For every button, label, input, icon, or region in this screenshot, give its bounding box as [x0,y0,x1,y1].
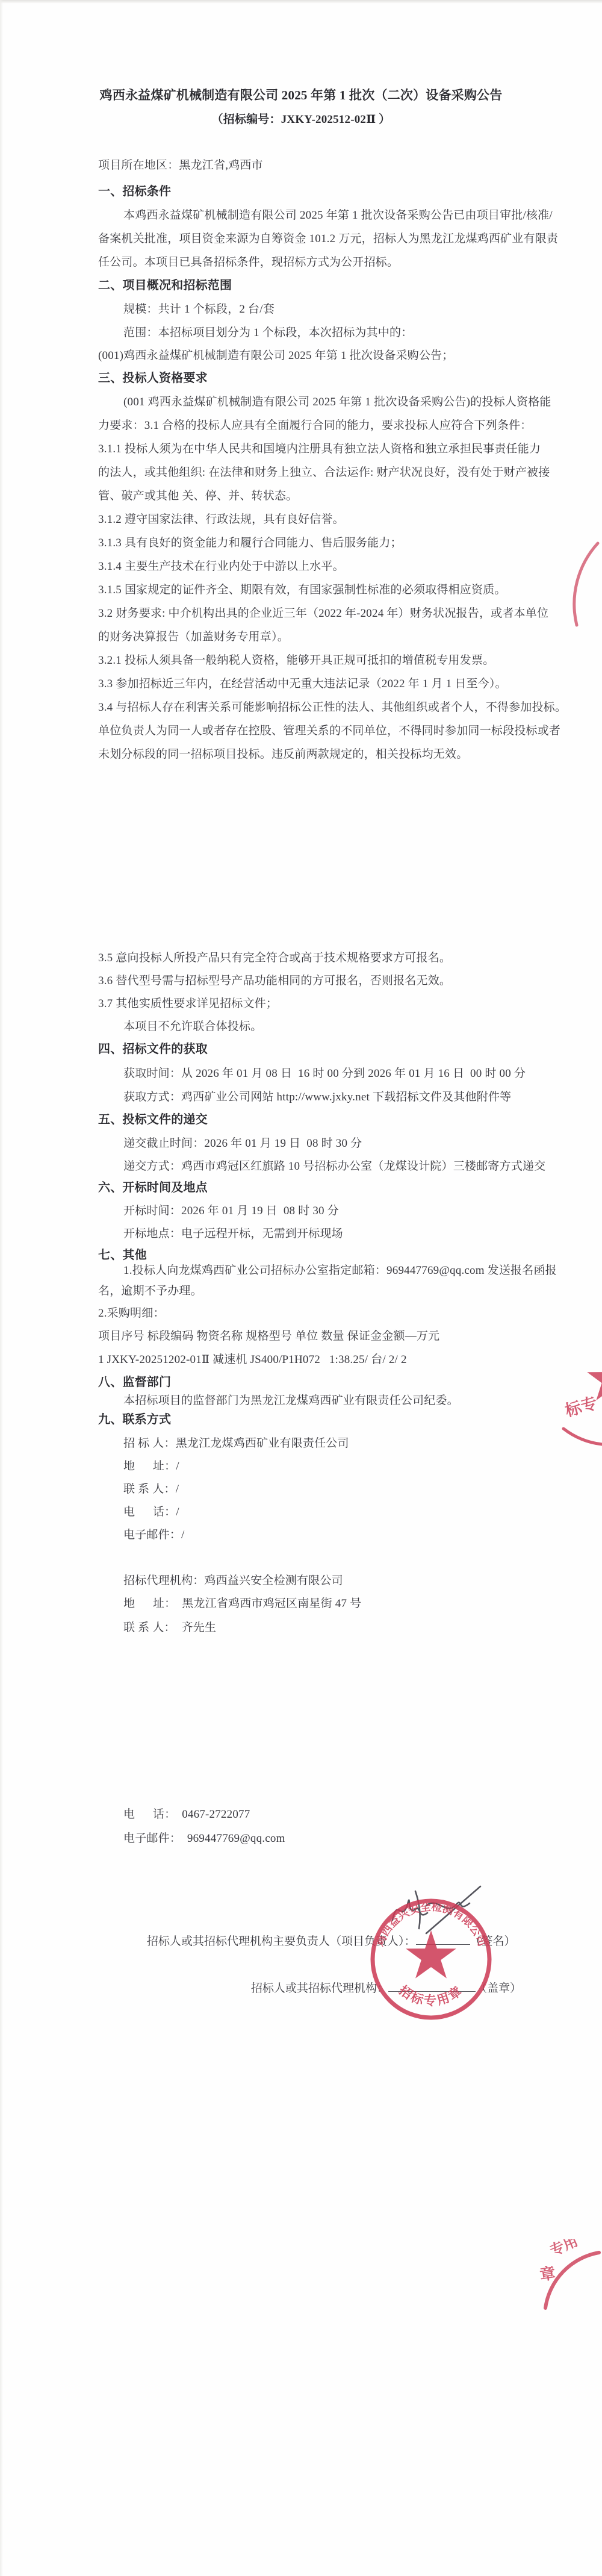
partial-seal-middle: 标专 [560,1349,602,1452]
document-line: 3.4 与招标人存在利害关系可能影响招标公正性的法人、其他组织或者个人，不得参加… [98,700,566,715]
document-line: 递交截止时间：2026 年 01 月 19 日 08 时 30 分 [123,1136,362,1151]
document-line: 开标地点：电子远程开标，无需到开标现场 [123,1226,343,1241]
document-line: 3.2 财务要求: 中介机构出具的企业近三年（2022 年-2024 年）财务状… [98,606,548,621]
document-line: 项目序号 标段编码 物资名称 规格型号 单位 数量 保证金金额—万元 [98,1329,439,1344]
document-page: 招标人或其招标代理机构主要负责人（项目负责人）：（签名） 招标人或其招标代理机构… [0,0,602,2576]
document-line: 3.1.3 具有良好的资金能力和履行合同能力、售后服务能力； [98,535,402,550]
document-line: 电子邮件： 969447769@qq.com [123,1831,285,1846]
document-line: 联 系 人：/ [123,1482,179,1497]
seal-star [587,1355,602,1400]
document-line: 任公司。本项目已具备招标条件，现招标方式为公开招标。 [98,255,399,270]
document-line: 3.1.1 投标人须为在中华人民共和国境内注册具有独立法人资格和独立承担民事责任… [98,441,541,457]
signature-blank [416,1934,470,1945]
doc-subtitle: （招标编号：JXKY-202512-02Ⅱ ） [0,112,602,127]
partial-seal-arc-top [560,536,602,638]
scan-edge [0,0,602,4]
svg-text:专用: 专用 [547,2239,580,2259]
document-line: 未划分标段的同一招标项目投标。违反前两款规定的，相关投标均无效。 [98,747,468,762]
partial-seal-bottom: 专用 章 [536,2239,602,2315]
document-line: 3.3 参加招标近三年内，在经营活动中无重大违法记录（2022 年 1 月 1 … [98,676,507,691]
document-line: 电 话：/ [123,1505,179,1520]
document-line: 联 系 人： 齐先生 [123,1620,216,1635]
document-line: 递交方式：鸡西市鸡冠区红旗路 10 号招标办公室（龙煤设计院）三楼邮寄方式递交 [123,1159,545,1174]
document-line: 规模：共计 1 个标段，2 台/套 [123,302,275,317]
scan-edge [0,0,3,2576]
document-line: 开标时间：2026 年 01 月 19 日 08 时 30 分 [123,1203,339,1218]
svg-text:标专: 标专 [562,1393,599,1420]
document-line: 1.投标人向龙煤鸡西矿业公司招标办公室指定邮箱：969447769@qq.com… [123,1263,557,1278]
document-line: 3.1.2 遵守国家法律、行政法规，具有良好信誉。 [98,512,344,527]
document-line: 招 标 人：黑龙江龙煤鸡西矿业有限责任公司 [123,1436,349,1451]
document-line: 3.2.1 投标人须具备一般纳税人资格，能够开具正规可抵扣的增值税专用发票。 [98,653,494,668]
document-line: 备案机关批准，项目资金来源为自筹资金 101.2 万元，招标人为黑龙江龙煤鸡西矿… [98,231,558,246]
section-heading: 七、其他 [98,1248,147,1263]
svg-text:章: 章 [539,2264,557,2284]
signature-blank [388,1981,476,1992]
document-line: 3.1.5 国家规定的证件齐全、期限有效，有国家强制性标准的必须取得相应资质。 [98,582,506,597]
signature-line1-suffix: （签名） [470,1935,516,1948]
document-line: 3.7 其他实质性要求详见招标文件； [98,996,278,1011]
document-line: 3.6 替代型号需与招标型号产品功能相同的方可报名，否则报名无效。 [98,973,451,988]
document-line: 项目所在地区：黑龙江省,鸡西市 [98,158,263,173]
document-line: 3.5 意向投标人所投产品只有完全符合或高于技术规格要求方可报名。 [98,950,451,965]
document-line: 招标代理机构：鸡西益兴安全检测有限公司 [123,1573,343,1588]
signature-line-responsible: 招标人或其招标代理机构主要负责人（项目负责人）：（签名） [135,1919,516,1962]
document-line: (001)鸡西永益煤矿机械制造有限公司 2025 年第 1 批次设备采购公告； [98,348,453,363]
section-heading: 二、项目概况和招标范围 [98,278,232,293]
section-heading: 九、联系方式 [98,1412,171,1427]
document-line: 力要求：3.1 合格的投标人应具有全面履行合同的能力，要求投标人应符合下列条件： [98,418,532,433]
document-line: 本鸡西永益煤矿机械制造有限公司 2025 年第 1 批次设备采购公告已由项目审批… [123,208,553,223]
section-heading: 四、招标文件的获取 [98,1042,208,1057]
document-line: 获取方式：鸡西矿业公司网站 http://www.jxky.net 下载招标文件… [123,1090,511,1105]
signature-line2-suffix: （盖章） [476,1982,521,1995]
section-heading: 五、投标文件的递交 [98,1112,208,1127]
document-line: 获取时间：从 2026 年 01 月 08 日 16 时 00 分到 2026 … [123,1066,526,1081]
document-line: 地 址：/ [123,1459,179,1474]
document-line: 本招标项目的监督部门为黑龙江龙煤鸡西矿业有限责任公司纪委。 [123,1393,459,1408]
doc-title: 鸡西永益煤矿机械制造有限公司 2025 年第 1 批次（二次）设备采购公告 [0,88,602,103]
signature-line-agency: 招标人或其招标代理机构：（盖章） [240,1966,521,2009]
section-heading: 六、开标时间及地点 [98,1180,208,1196]
document-line: 的法人，或其他组织: 在法律和财务上独立、合法运作: 财产状况良好，没有处于财产… [98,465,550,480]
document-line: 范围：本招标项目划分为 1 个标段，本次招标为其中的： [123,325,412,340]
document-line: 电子邮件：/ [123,1527,184,1542]
section-heading: 八、监督部门 [98,1375,171,1390]
document-line: 管、破产或其他 关、停、并、转状态。 [98,488,297,504]
document-line: 地 址： 黑龙江省鸡西市鸡冠区南星街 47 号 [123,1596,361,1611]
document-line: 1 JXKY-20251202-01Ⅱ 减速机 JS400/P1H072 1:3… [98,1352,407,1367]
document-line: 单位负责人为同一人或者存在控股、管理关系的不同单位，不得同时参加同一标段投标或者 [98,723,560,738]
document-line: 电 话： 0467-2722077 [123,1807,250,1822]
document-line: 本项目不允许联合体投标。 [123,1019,262,1034]
section-heading: 一、招标条件 [98,184,171,199]
document-line: 3.1.4 主要生产技术在行业内处于中游以上水平。 [98,559,344,574]
document-line: 2.采购明细： [98,1306,165,1321]
document-line: (001 鸡西永益煤矿机械制造有限公司 2025 年第 1 批次设备采购公告)的… [123,395,551,410]
signature-line1-label: 招标人或其招标代理机构主要负责人（项目负责人）： [147,1935,416,1948]
signature-line2-label: 招标人或其招标代理机构： [251,1982,388,1995]
section-heading: 三、投标人资格要求 [98,371,208,386]
document-line: 的财务决算报告（加盖财务专用章）。 [98,629,289,644]
document-line: 名，逾期不予办理。 [98,1283,202,1299]
